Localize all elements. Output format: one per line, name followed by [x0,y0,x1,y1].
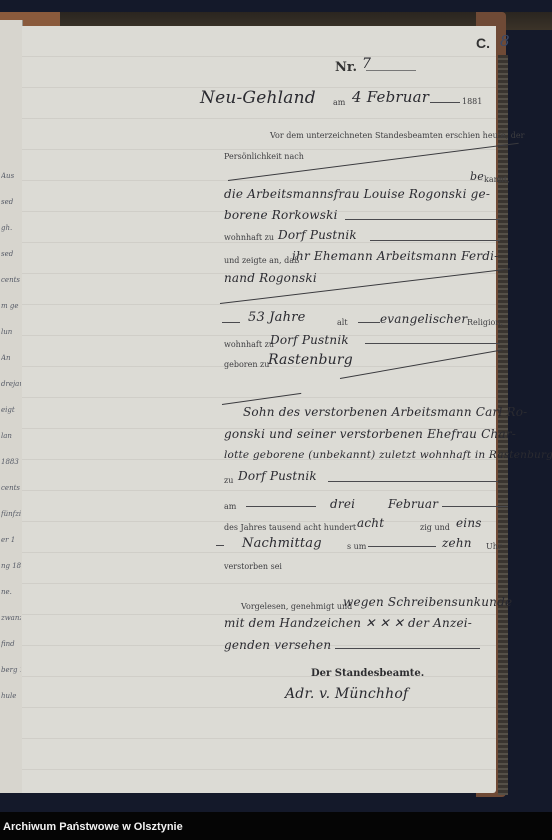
zig-und-label: zig und [420,523,450,532]
wohnhaft2-value: Dorf Pustnik [270,333,349,347]
year-hand-1: acht [357,516,384,530]
official-signature: Adr. v. Münchhof [285,686,408,702]
left-note-line: Aus [1,170,21,182]
left-note-line: find [1,638,21,650]
parents-line-1: Sohn des verstorbenen Arbeitsmann Carl R… [243,405,527,419]
rule [442,506,508,507]
left-note-line: zwanzig [1,612,21,624]
left-note-line: hule [1,690,21,702]
time-hand: Nachmittag [242,536,322,551]
left-note-line: sed [1,196,21,208]
left-note-line: gh. [1,222,21,234]
religion-label: Religion, [467,318,503,327]
date: 4 Februar [352,88,429,106]
um-label: s um [347,542,366,551]
register-letter: C. [476,35,490,51]
signed-line-1: wegen Schreibensunkunde [343,595,512,609]
declarant-line-1: die Arbeitsmannsfrau Louise Rogonski ge- [224,187,490,201]
left-note-line: drejan [1,378,21,390]
am-label: am [224,502,236,511]
deceased-line-2: nand Rogonski [224,271,317,285]
signed-line-3: genden versehen [224,638,331,652]
left-note-line: 1883 [1,456,21,468]
left-note-line: eigt [1,404,21,416]
rule [328,481,498,482]
place: Neu-Gehland [200,88,316,108]
vorgelesen-label: Vorgelesen, genehmigt und [241,602,352,611]
rule [370,240,500,241]
rule [368,546,436,547]
rule [365,343,500,344]
intro-line: Vor dem unterzeichneten Standesbeamten e… [270,131,524,140]
uhr-label: Uhr [486,542,502,551]
left-note-line: An [1,352,21,364]
left-note-line: fünfzig [1,508,21,520]
year-hand-2: eins [456,516,482,530]
wohnhaft2-label: wohnhaft zu [224,340,274,349]
kannt-hand: be [470,170,484,183]
left-note-line: cents [1,274,21,286]
left-note-line: m ge [1,300,21,312]
left-page-fragment: Aussedgh.sedcentsm gelunAndrejaneigtlan1… [0,20,23,793]
geboren-value: Rastenburg [268,352,353,368]
date-rule [430,102,460,103]
left-note-line: ne. [1,586,21,598]
deceased-line-1: ihr Ehemann Arbeitsmann Ferdi- [292,249,498,263]
rule [246,506,316,507]
left-page-notes: Aussedgh.sedcentsm gelunAndrejaneigtlan1… [1,170,21,716]
wohnhaft-label: wohnhaft zu [224,233,274,242]
rule [335,648,480,649]
wohnhaft-value: Dorf Pustnik [278,228,357,242]
left-note-line: lan [1,430,21,442]
left-note-line: sed [1,248,21,260]
left-note-line: cents [1,482,21,494]
age-value: 53 Jahre [248,310,306,325]
official-title: Der Standesbeamte. [311,668,424,679]
nr-rule [366,70,416,71]
geboren-label: geboren zu [224,360,269,369]
folio-number: 8 [500,32,510,50]
rule [358,322,380,323]
zu-label: zu [224,476,233,485]
book-page-edges [498,55,508,795]
verstorben-label: verstorben sei [224,562,282,571]
death-month: Februar [388,497,438,511]
declarant-line-2: borene Rorkowski [224,208,338,222]
left-note-line: ng 188 [1,560,21,572]
rule [216,545,224,546]
rule [345,219,500,220]
left-note-line: er 1 [1,534,21,546]
jahres-label: des Jahres tausend acht hundert [224,523,356,532]
left-note-line: lun [1,326,21,338]
year: 1881 [462,97,482,106]
archive-name: Archiwum Państwowe w Olsztynie [3,821,183,833]
signed-line-2: mit dem Handzeichen ✕ ✕ ✕ der Anzei- [224,616,472,630]
zeigte-label: und zeigte an, daß [224,256,299,265]
hour-hand: zehn [442,536,472,550]
date-prefix: am [333,98,345,107]
religion-value: evangelischer [380,312,467,326]
kannt-print: kannt, [484,175,510,184]
death-day: drei [330,497,355,511]
left-note-line: berg 18 [1,664,21,676]
parents-line-3: lotte geborene (unbekannt) zuletzt wohnh… [224,449,552,461]
parents-line-2: gonski und seiner verstorbenen Ehefrau C… [224,427,516,441]
rule [222,322,240,323]
alt-label: alt [337,318,348,327]
persoenlichkeit-label: Persönlichkeit nach [224,152,304,161]
nr-label: Nr. [335,60,357,75]
zu-value: Dorf Pustnik [238,469,317,483]
